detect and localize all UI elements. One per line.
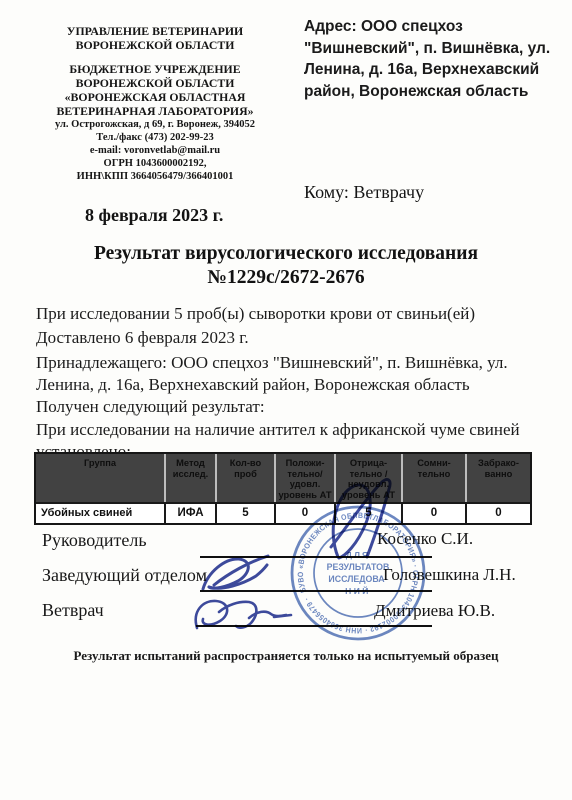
signature-ink-dept-head: [203, 556, 268, 589]
signature-ink-director: [331, 480, 390, 558]
handwritten-signatures: [0, 0, 572, 800]
document-page: { "org": { "lines": [ "УПРАВЛЕНИЕ ВЕТЕРИ…: [0, 0, 572, 800]
signature-ink-vet: [196, 601, 291, 628]
